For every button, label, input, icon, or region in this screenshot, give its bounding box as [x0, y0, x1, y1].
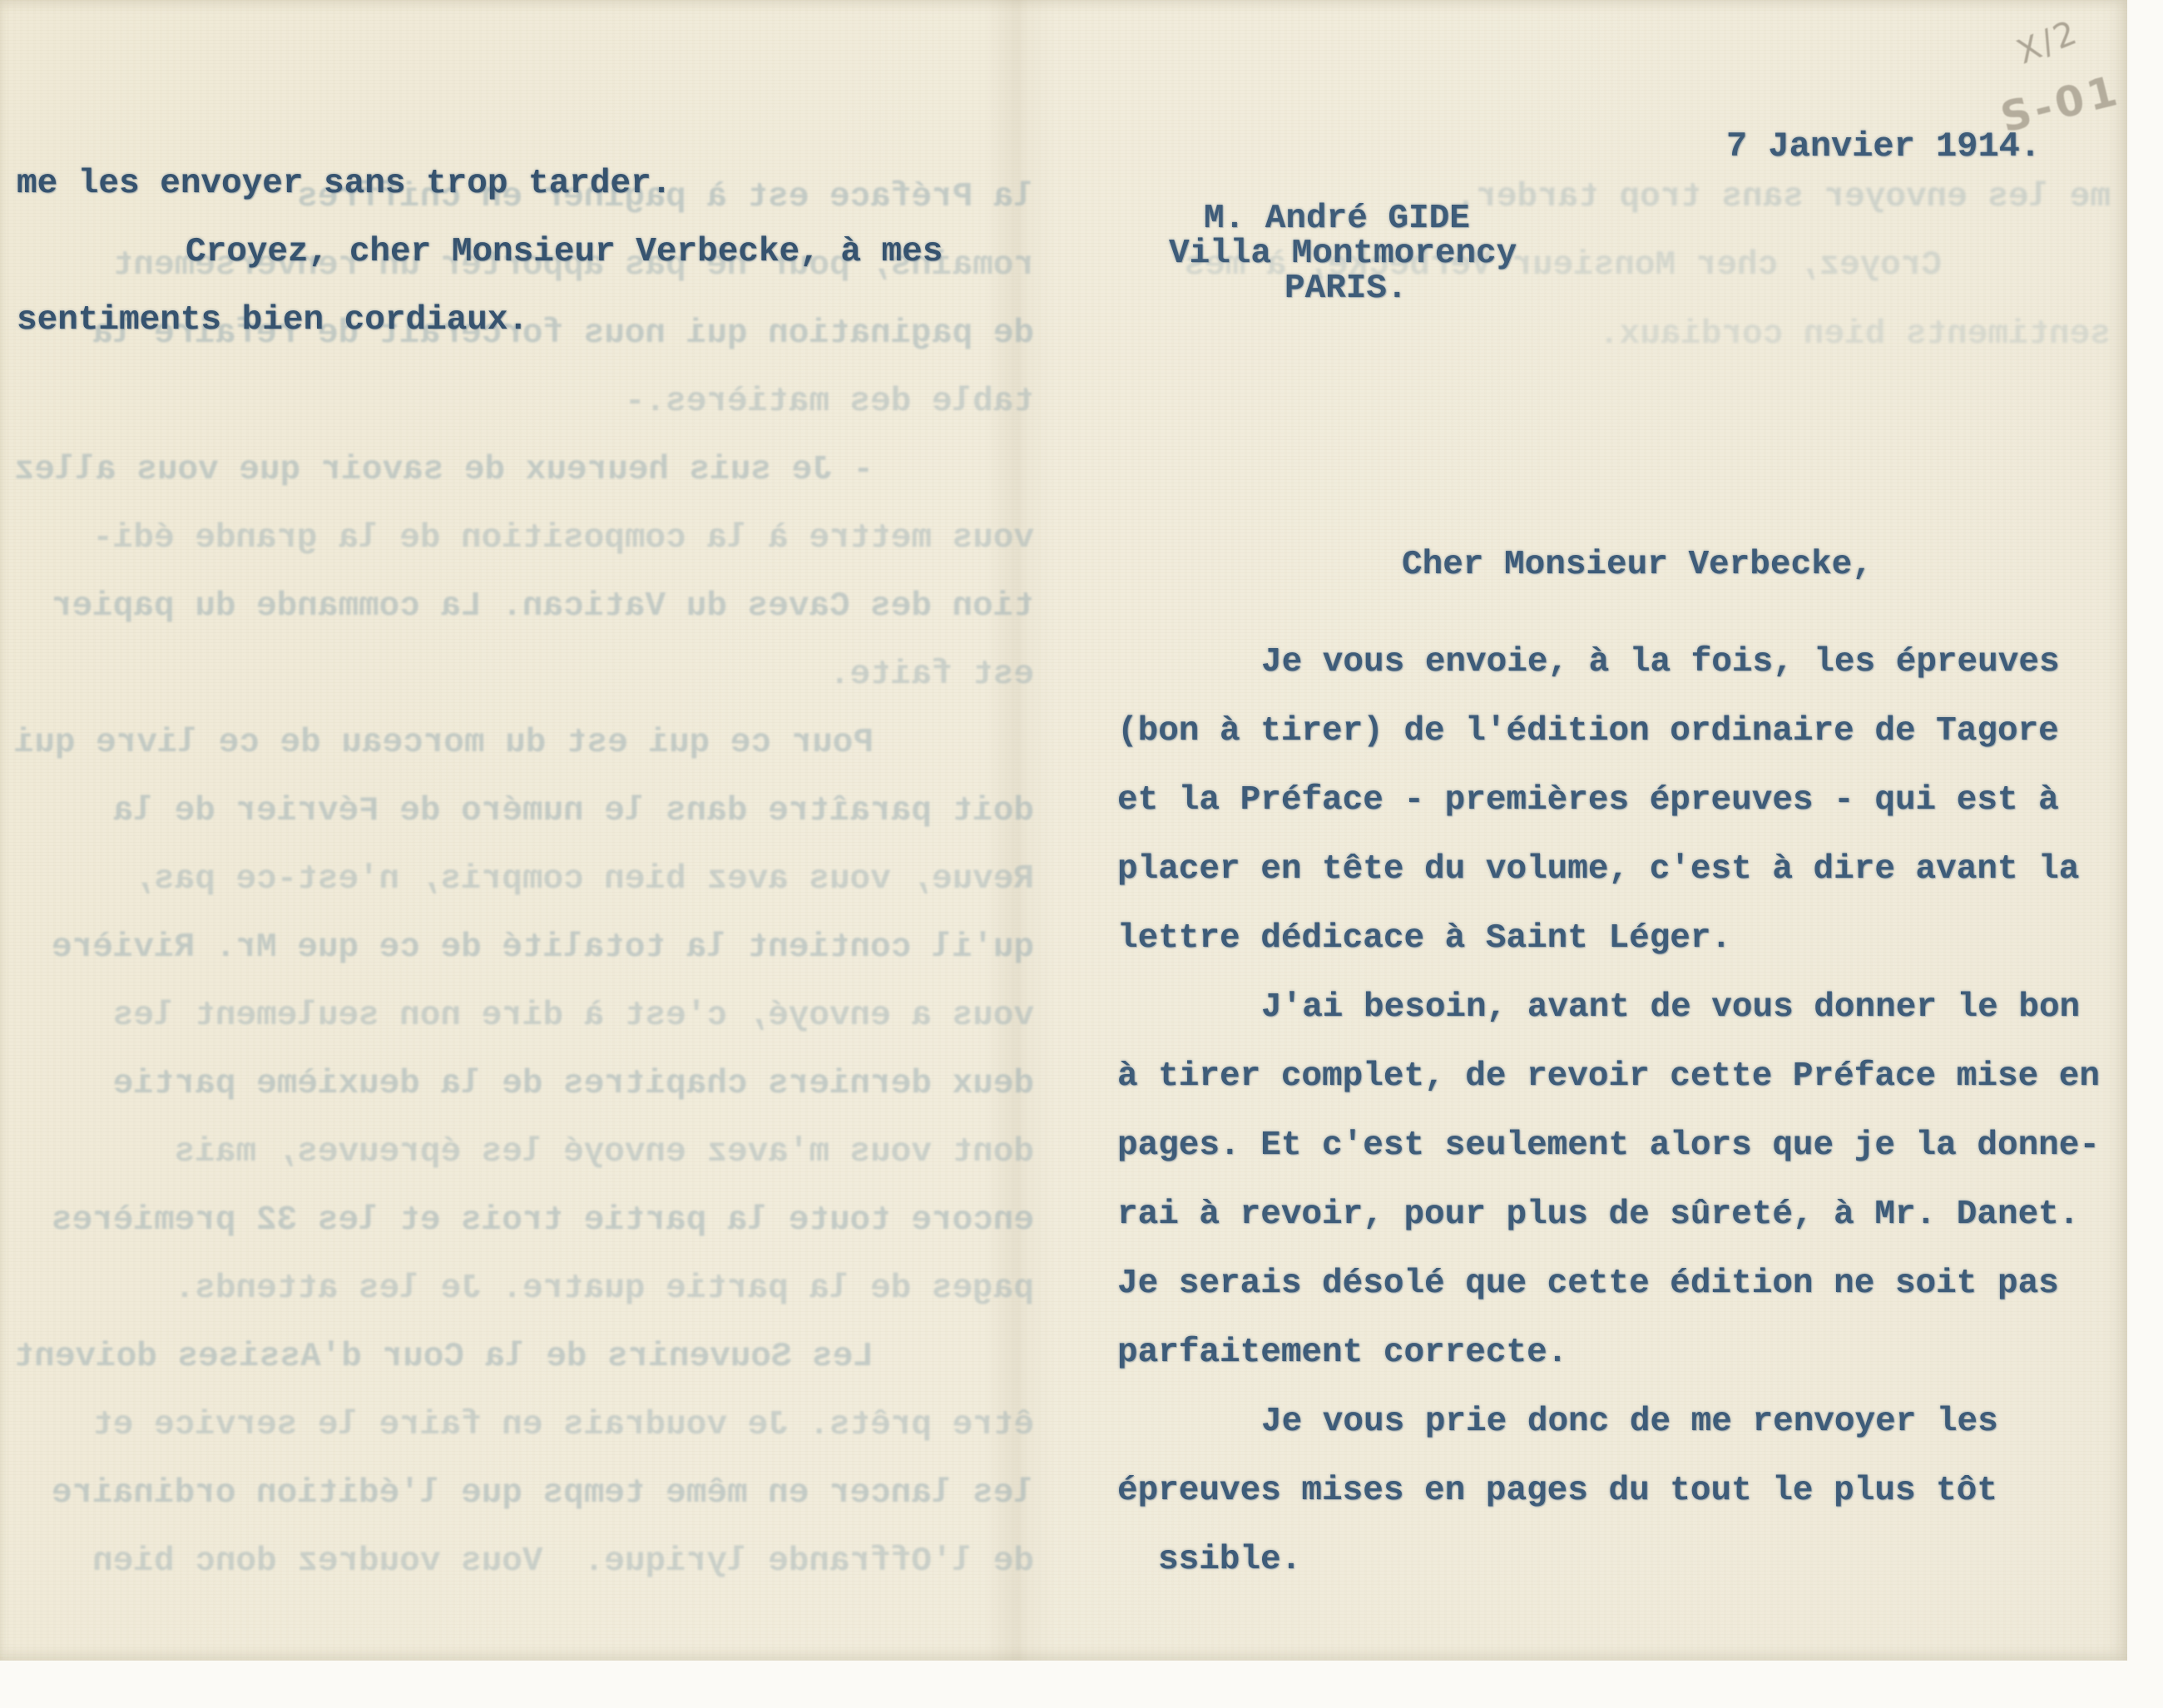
recipient-city-line: PARIS.: [1284, 271, 1517, 306]
left-page-typed-text: me les envoyer sans trop tarder. Croyez,…: [17, 150, 943, 354]
showthrough-line: pages de la partie quatre. Je les attend…: [0, 1255, 1034, 1323]
typed-line: sentiments bien cordiaux.: [17, 286, 943, 354]
recipient-name-line: M. André GIDE: [1204, 201, 1517, 236]
showthrough-line: vous mettre à la composition de la grand…: [0, 504, 1034, 572]
showthrough-line: vous a envoyé, c'est à dire non seulemen…: [0, 982, 1034, 1050]
showthrough-line: Pour ce qui est du morceau de ce livre q…: [0, 709, 874, 777]
body-line: J'ai besoin, avant de vous donner le bon: [1261, 973, 2100, 1042]
body-line: placer en tête du volume, c'est à dire a…: [1117, 835, 2100, 904]
showthrough-line: encore toute la partie trois et les 32 p…: [0, 1186, 1034, 1255]
right-page: me les envoyer sans trop tarder. Croyez,…: [1065, 0, 2127, 1661]
showthrough-line: de l'Offrande lyrique. Vous voudrez donc…: [0, 1527, 1034, 1596]
letter-body: Je vous envoie, à la fois, les épreuves …: [1117, 628, 2100, 1595]
showthrough-line: Les Souvenirs de la Cour d'Assises doive…: [0, 1323, 874, 1391]
showthrough-line: qu'il contient la totalité de ce que Mr.…: [0, 913, 1034, 982]
typed-line: Croyez, cher Monsieur Verbecke, à mes: [186, 218, 943, 286]
letter-paper: X/2 S-01 la Préface est à paginer en chi…: [0, 0, 2127, 1661]
showthrough-line: deux derniers chapitres de la deuxième p…: [0, 1050, 1034, 1118]
body-line: Je serais désolé que cette édition ne so…: [1117, 1250, 2100, 1319]
showthrough-line: Revue, vous avez bien compris, n'est-ce …: [0, 845, 1034, 913]
showthrough-line: sentiments bien cordiaux.: [1599, 315, 2111, 354]
showthrough-line: doit paraître dans le numéro de Février …: [0, 777, 1034, 845]
showthrough-line: me les envoyer sans trop tarder.: [1456, 178, 2111, 216]
showthrough-line: tion des Caves du Vatican. La commande d…: [0, 572, 1034, 641]
body-line: lettre dédicace à Saint Léger.: [1117, 904, 2100, 973]
showthrough-line: - Je suis heureux de savoir que vous all…: [0, 436, 874, 504]
body-line: Je vous prie donc de me renvoyer les: [1261, 1388, 2100, 1457]
date-line: 7 Janvier 1914.: [1726, 126, 2041, 166]
body-line: à tirer complet, de revoir cette Préface…: [1117, 1042, 2100, 1111]
body-line: Je vous envoie, à la fois, les épreuves: [1261, 628, 2100, 697]
left-page-showthrough: la Préface est à paginer en chiffres rom…: [0, 163, 1047, 1596]
showthrough-line: est faite.: [0, 641, 1034, 709]
body-line: épreuves mises en pages du tout le plus …: [1117, 1457, 2100, 1526]
body-line: pages. Et c'est seulement alors que je l…: [1117, 1111, 2100, 1181]
showthrough-line: les lancer en même temps que l'édition o…: [0, 1459, 1034, 1527]
recipient-address: M. André GIDE Villa Montmorency PARIS.: [1169, 201, 1517, 306]
salutation: Cher Monsieur Verbecke,: [1402, 546, 1873, 584]
body-line: ssible.: [1158, 1526, 2100, 1595]
body-line: (bon à tirer) de l'édition ordinaire de …: [1117, 697, 2100, 766]
body-line: rai à revoir, pour plus de sûreté, à Mr.…: [1117, 1181, 2100, 1250]
showthrough-line: être prêts. Je voudrais en faire le serv…: [0, 1391, 1034, 1459]
recipient-street-line: Villa Montmorency: [1169, 236, 1517, 271]
body-line: et la Préface - premières épreuves - qui…: [1117, 766, 2100, 835]
showthrough-line: dont vous m'avez envoyé les épreuves, ma…: [0, 1118, 1034, 1186]
body-line: parfaitement correcte.: [1117, 1319, 2100, 1388]
typed-line: me les envoyer sans trop tarder.: [17, 150, 943, 218]
showthrough-line: table des matières.-: [0, 368, 1034, 436]
